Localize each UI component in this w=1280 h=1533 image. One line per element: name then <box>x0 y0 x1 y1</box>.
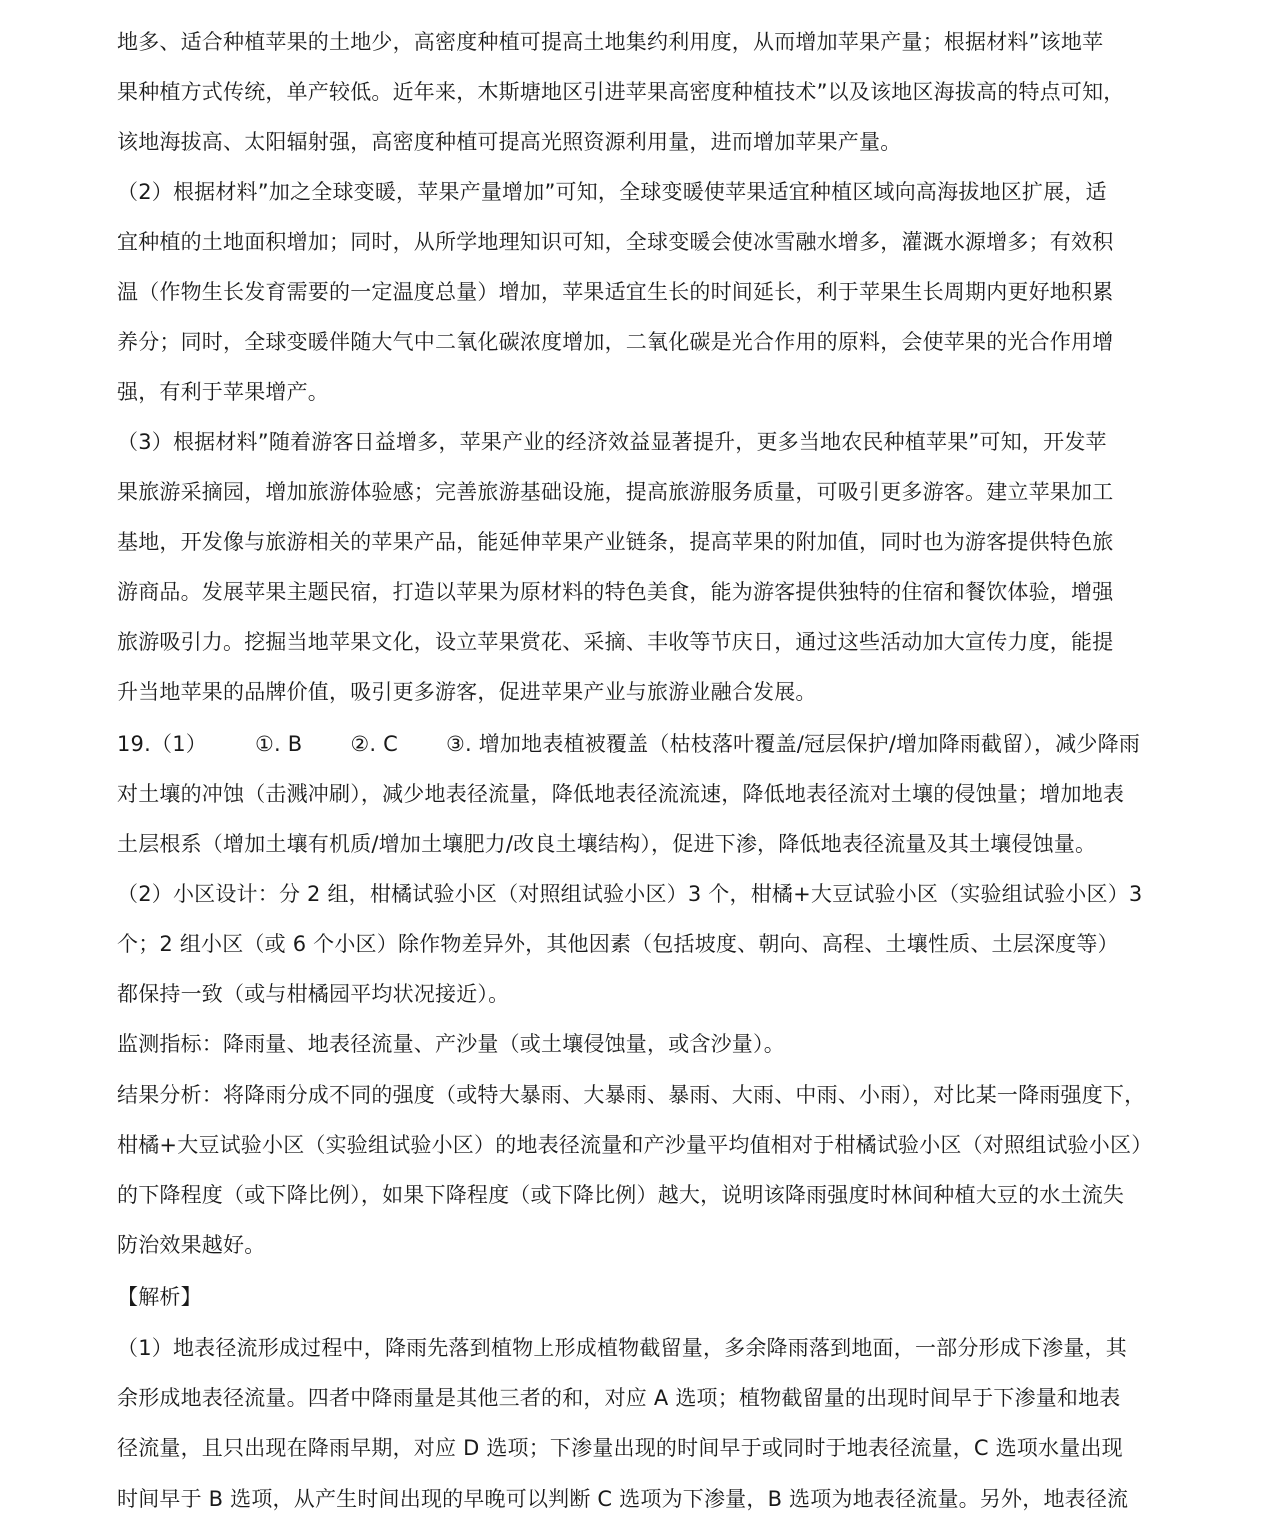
text-line: 时间早于 B 选项，从产生时间出现的早晚可以判断 C 选项为下渗量，B 选项为地… <box>117 1485 1128 1513</box>
answer-1: ①. B <box>255 732 302 756</box>
text-line: 果旅游采摘园，增加旅游体验感；完善旅游基础设施，提高旅游服务质量，可吸引更多游客… <box>117 478 1113 506</box>
text-line: （3）根据材料”随着游客日益增多，苹果产业的经济效益显著提升，更多当地农民种植苹… <box>117 428 1107 456</box>
question-number: 19.（1） <box>117 732 207 756</box>
text-line: 的下降程度（或下降比例），如果下降程度（或下降比例）越大，说明该降雨强度时林间种… <box>117 1181 1124 1209</box>
answer-2: ②. C <box>350 732 398 756</box>
text-line: 对土壤的冲蚀（击溅冲刷），减少地表径流量，降低地表径流流速，降低地表径流对土壤的… <box>117 780 1124 808</box>
text-line: 旅游吸引力。挖掘当地苹果文化，设立苹果赏花、采摘、丰收等节庆日，通过这些活动加大… <box>117 628 1113 656</box>
text-line: 监测指标：降雨量、地表径流量、产沙量（或土壤侵蚀量，或含沙量）。 <box>117 1030 785 1058</box>
text-line: 地多、适合种植苹果的土地少，高密度种植可提高土地集约利用度，从而增加苹果产量；根… <box>117 28 1103 56</box>
text-line: 防治效果越好。 <box>117 1231 265 1259</box>
text-line: 宜种植的土地面积增加；同时，从所学地理知识可知，全球变暖会使冰雪融水增多，灌溉水… <box>117 228 1113 256</box>
question-19-line: 19.（1）①. B②. C③. 增加地表植被覆盖（枯枝落叶覆盖/冠层保护/增加… <box>117 730 1140 758</box>
text-line: 基地，开发像与旅游相关的苹果产品，能延伸苹果产业链条，提高苹果的附加值，同时也为… <box>117 528 1113 556</box>
text-line: 土层根系（增加土壤有机质/增加土壤肥力/改良土壤结构），促进下渗，降低地表径流量… <box>117 830 1096 858</box>
text-line: 强，有利于苹果增产。 <box>117 378 329 406</box>
text-line: 该地海拔高、太阳辐射强，高密度种植可提高光照资源利用量，进而增加苹果产量。 <box>117 128 901 156</box>
text-line: 都保持一致（或与柑橘园平均状况接近）。 <box>117 980 509 1008</box>
text-line: 游商品。发展苹果主题民宿，打造以苹果为原材料的特色美食，能为游客提供独特的住宿和… <box>117 578 1113 606</box>
text-line: 径流量，且只出现在降雨早期，对应 D 选项；下渗量出现的时间早于或同时于地表径流… <box>117 1434 1123 1462</box>
text-line: （2）小区设计：分 2 组，柑橘试验小区（对照组试验小区）3 个，柑橘+大豆试验… <box>117 880 1142 908</box>
text-line: 养分；同时，全球变暖伴随大气中二氧化碳浓度增加，二氧化碳是光合作用的原料，会使苹… <box>117 328 1113 356</box>
answer-3: ③. 增加地表植被覆盖（枯枝落叶覆盖/冠层保护/增加降雨截留），减少降雨 <box>446 732 1140 756</box>
text-line: 升当地苹果的品牌价值，吸引更多游客，促进苹果产业与旅游业融合发展。 <box>117 678 817 706</box>
section-heading-analysis: 【解析】 <box>117 1283 202 1311</box>
text-line: 个；2 组小区（或 6 个小区）除作物差异外，其他因素（包括坡度、朝向、高程、土… <box>117 930 1119 958</box>
text-line: （2）根据材料”加之全球变暖，苹果产量增加”可知，全球变暖使苹果适宜种植区域向高… <box>117 178 1107 206</box>
text-line: （1）地表径流形成过程中，降雨先落到植物上形成植物截留量，多余降雨落到地面，一部… <box>117 1334 1127 1362</box>
text-line: 柑橘+大豆试验小区（实验组试验小区）的地表径流量和产沙量平均值相对于柑橘试验小区… <box>117 1131 1152 1159</box>
text-line: 果种植方式传统，单产较低。近年来，木斯塘地区引进苹果高密度种植技术”以及该地区海… <box>117 78 1124 106</box>
text-line: 余形成地表径流量。四者中降雨量是其他三者的和，对应 A 选项；植物截留量的出现时… <box>117 1384 1121 1412</box>
text-line: 结果分析：将降雨分成不同的强度（或特大暴雨、大暴雨、暴雨、大雨、中雨、小雨），对… <box>117 1081 1145 1109</box>
text-line: 温（作物生长发育需要的一定温度总量）增加，苹果适宜生长的时间延长，利于苹果生长周… <box>117 278 1113 306</box>
